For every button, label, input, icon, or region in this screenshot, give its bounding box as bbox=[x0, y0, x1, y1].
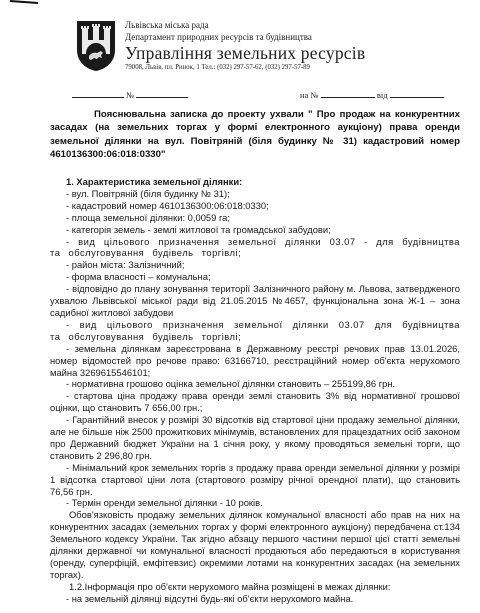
office-address: 79008, Львів, пл. Ринок, 1 Тел.: (032) 2… bbox=[125, 63, 365, 73]
list-item: - нормативна грошово оцінка земельної ді… bbox=[50, 378, 460, 390]
legal-paragraph: Обов'язковість продажу земельних ділянок… bbox=[50, 509, 460, 580]
reply-number-blank bbox=[321, 91, 375, 98]
letterhead: Львівська міська рада Департамент природ… bbox=[125, 19, 365, 73]
reply-number-line: на № від bbox=[300, 90, 444, 100]
list-item: - район міста: Залізничний; bbox=[50, 259, 460, 271]
list-item: - вид цільового призначення земельної ді… bbox=[50, 236, 460, 260]
section-heading: 1.2.Інформація про об'єкти нерухомого ма… bbox=[50, 581, 460, 593]
list-item: - вул. Повітряній (біля будинку № 31); bbox=[50, 188, 460, 200]
list-item: - площа земельної ділянки: 0,0059 га; bbox=[50, 212, 460, 224]
list-item: - Мінімальний крок земельних торгів з пр… bbox=[50, 462, 460, 498]
list-item: - вид цільового призначення земельної ді… bbox=[50, 319, 460, 343]
reply-label: на № bbox=[300, 90, 319, 100]
list-item: - на земельній ділянці відсутні будь-які… bbox=[50, 593, 460, 605]
list-item: - земельна ділянкам зареєстрована в Держ… bbox=[50, 343, 460, 379]
document-body: 1. Характеристика земельної ділянки: - в… bbox=[50, 176, 460, 605]
number-label: № bbox=[126, 90, 134, 100]
list-item: - Термін оренди земельної ділянки - 10 р… bbox=[50, 497, 460, 509]
office-name: Управління земельних ресурсів bbox=[125, 43, 365, 63]
list-item: - відповідно до плану зонування територі… bbox=[50, 283, 460, 319]
list-item: - категорія земель - землі житлової та г… bbox=[50, 224, 460, 236]
lviv-coat-of-arms-icon bbox=[76, 20, 116, 72]
list-item: - форма власності – комунальна; bbox=[50, 271, 460, 283]
document-title: Пояснювальна записка до проекту ухвали "… bbox=[50, 108, 460, 161]
list-item: - кадастровий номер 4610136300:06:018:03… bbox=[50, 200, 460, 212]
scan-artifact bbox=[10, 0, 38, 4]
outgoing-number-line: № bbox=[72, 90, 188, 100]
reply-date-blank bbox=[390, 91, 444, 98]
date-blank bbox=[72, 91, 124, 98]
from-label: від bbox=[377, 90, 388, 100]
council-name: Львівська міська рада bbox=[125, 19, 365, 31]
section-heading: 1. Характеристика земельної ділянки: bbox=[50, 176, 460, 188]
department-name: Департамент природних ресурсів та будівн… bbox=[125, 31, 365, 43]
list-item: - стартова ціна продажу права оренди зем… bbox=[50, 390, 460, 414]
list-item: - Гарантійний внесок у розмірі 30 відсот… bbox=[50, 414, 460, 462]
number-blank bbox=[136, 91, 188, 98]
